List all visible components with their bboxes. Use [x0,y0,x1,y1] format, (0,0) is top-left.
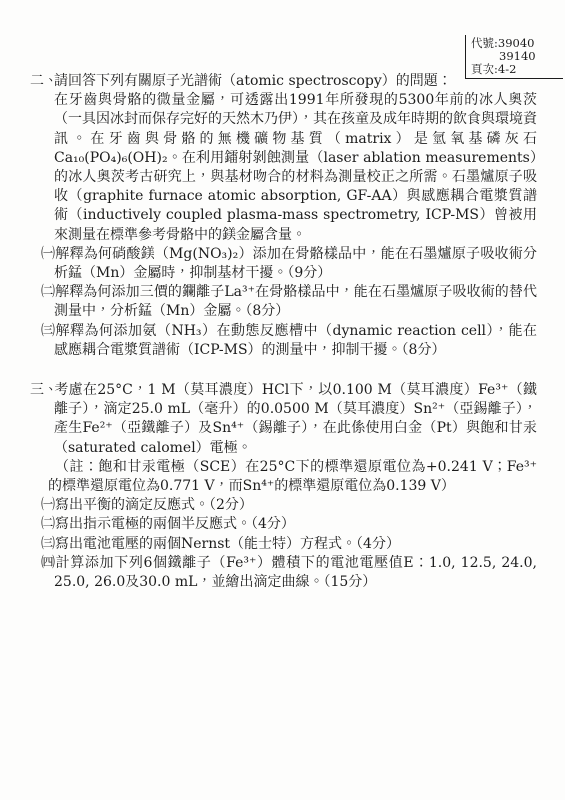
item-marker-3: ㈢ [41,323,56,339]
item-text: 寫出平衡的滴定反應式。（2分） [55,497,253,513]
question-2-item-3: ㈢解釋為何添加氨（NH₃）在動態反應槽中（dynamic reaction ce… [30,322,537,360]
exam-page: 代號:39040 39140 頁次:4-2 二、請回答下列有關原子光譜術（ato… [0,0,565,800]
item-marker-2: ㈡ [41,516,55,532]
item-marker-4: ㈣ [41,555,56,571]
item-text: 計算添加下列6個鐵離子（Fe³⁺）體積下的電池電壓值E：1.0, 12.5, 2… [54,555,537,590]
item-text: 解釋為何硝酸鎂（Mg(NO₃)₂）添加在骨骼樣品中，能在石墨爐原子吸收術分析錳（… [54,246,537,281]
question-3: 三、考慮在25°C，1 M（莫耳濃度）HCl下，以0.100 M（莫耳濃度）Fe… [30,381,537,592]
question-2: 二、請回答下列有關原子光譜術（atomic spectroscopy）的問題： … [30,72,537,360]
question-3-note: （註：飽和甘汞電極（SCE）在25°C下的標準還原電位為+0.241 V；Fe³… [30,458,537,496]
question-3-item-4: ㈣計算添加下列6個鐵離子（Fe³⁺）體積下的電池電壓值E：1.0, 12.5, … [30,554,537,592]
item-text: 寫出電池電壓的兩個Nernst（能士特）方程式。（4分） [55,536,400,552]
question-3-item-1: ㈠寫出平衡的滴定反應式。（2分） [30,496,537,515]
question-2-body: 在牙齒與骨骼的微量金屬，可透露出1991年所發現的5300年前的冰人奧茨（一具因… [30,91,537,245]
item-marker-1: ㈠ [41,497,55,513]
question-3-number: 三、 [30,381,54,400]
item-marker-2: ㈡ [41,284,55,300]
exam-body: 二、請回答下列有關原子光譜術（atomic spectroscopy）的問題： … [30,72,537,592]
item-marker-1: ㈠ [41,246,55,262]
question-2-heading: 二、請回答下列有關原子光譜術（atomic spectroscopy）的問題： [30,72,537,91]
question-2-item-2: ㈡解釋為何添加三價的鑭離子La³⁺在骨骼樣品中，能在石墨爐原子吸收術的替代測量中… [30,283,537,321]
question-3-intro: 考慮在25°C，1 M（莫耳濃度）HCl下，以0.100 M（莫耳濃度）Fe³⁺… [54,382,537,456]
item-marker-3: ㈢ [41,536,55,552]
code-value-2: 39140 [499,49,536,63]
question-3-heading: 三、考慮在25°C，1 M（莫耳濃度）HCl下，以0.100 M（莫耳濃度）Fe… [30,381,537,458]
code-value-1: 39040 [498,36,535,50]
question-2-number: 二、 [30,72,54,91]
code-label: 代號: [471,36,498,50]
item-text: 寫出指示電極的兩個半反應式。（4分） [55,516,295,532]
question-3-item-3: ㈢寫出電池電壓的兩個Nernst（能士特）方程式。（4分） [30,535,537,554]
question-2-item-1: ㈠解釋為何硝酸鎂（Mg(NO₃)₂）添加在骨骼樣品中，能在石墨爐原子吸收術分析錳… [30,245,537,283]
question-3-item-2: ㈡寫出指示電極的兩個半反應式。（4分） [30,515,537,534]
question-2-intro: 請回答下列有關原子光譜術（atomic spectroscopy）的問題： [54,73,452,89]
item-text: 解釋為何添加三價的鑭離子La³⁺在骨骼樣品中，能在石墨爐原子吸收術的替代測量中，… [54,284,537,319]
item-text: 解釋為何添加氨（NH₃）在動態反應槽中（dynamic reaction cel… [54,323,537,358]
